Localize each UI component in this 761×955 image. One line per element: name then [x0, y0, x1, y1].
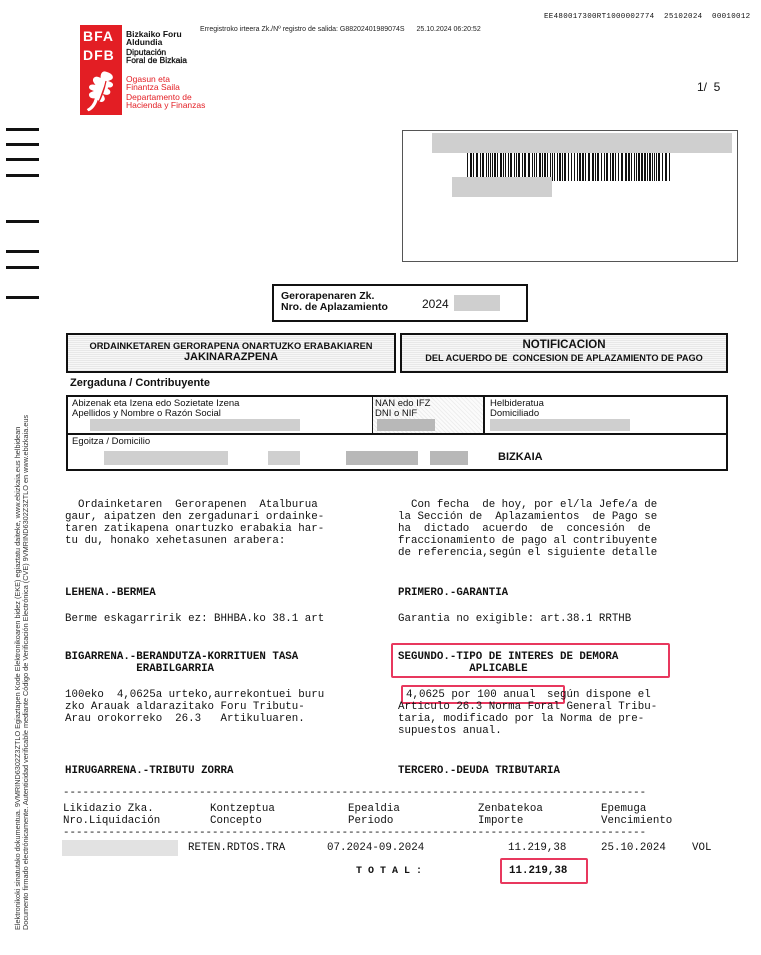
page-indicator: 1/ 5 — [697, 80, 720, 94]
table-divider: ----------------------------------------… — [63, 787, 717, 799]
reference-code: EE480017300RT1000002774 25102024 0001001… — [544, 13, 750, 21]
redacted-address-line — [432, 133, 732, 153]
logo-abbr-eu: BFA — [83, 28, 114, 44]
table-divider: ----------------------------------------… — [63, 827, 717, 839]
dept-name-es: Departamento deHacienda y Finanzas — [126, 93, 205, 109]
total-label: T O T A L : — [356, 866, 422, 877]
taxpayer-table: Abizenak eta Izena edo Sozietate IzenaAp… — [66, 395, 728, 471]
logo-abbr-es: DFB — [83, 47, 115, 63]
omr-mark — [6, 250, 39, 253]
redacted-account — [490, 419, 630, 431]
omr-mark — [6, 158, 39, 161]
dept-name-eu: Ogasun etaFinantza Saila — [126, 75, 180, 91]
org-name-es: DiputaciónForal de Bizkaia — [126, 48, 187, 64]
omr-mark — [6, 266, 39, 269]
redacted-address-line — [452, 177, 552, 197]
section-second-body-eu: 100eko 4,0625a urteko,aurrekontuei buru … — [65, 689, 324, 725]
title-box-es: NOTIFICACION DEL ACUERDO DE CONCESION DE… — [400, 333, 728, 373]
intro-eu: Ordainketaren Gerorapenen Atalburua gaur… — [65, 499, 324, 547]
title-box-eu: ORDAINKETAREN GERORAPENA ONARTUZKO ERABA… — [66, 333, 396, 373]
row-type: VOL — [692, 842, 711, 854]
postponement-label: Gerorapenaren Zk.Nro. de Aplazamiento — [281, 291, 388, 313]
col-header-period: EpealdiaPeriodo — [348, 803, 400, 827]
section-second-body-es: 4,0625 por 100 anual según dispone el Ar… — [398, 689, 657, 737]
registry-datetime: 25.10.2024 06:20:52 — [416, 26, 480, 33]
redacted-value — [454, 295, 500, 311]
section-second-title-es: SEGUNDO.-TIPO DE INTERES DE DEMORA APLIC… — [398, 651, 618, 675]
section-third-title-eu: HIRUGARRENA.-TRIBUTU ZORRA — [65, 765, 233, 777]
address-label: Egoitza / Domicilio — [72, 437, 726, 447]
oak-leaf-icon — [84, 69, 118, 113]
col-header-concept: KontzeptuaConcepto — [210, 803, 275, 827]
section-second-title-eu: BIGARRENA.-BERANDUTZA-KORRITUEN TASA ERA… — [65, 651, 298, 675]
section-third-title-es: TERCERO.-DEUDA TRIBUTARIA — [398, 765, 560, 777]
taxpayer-section-title: Zergaduna / Contribuyente — [70, 377, 210, 389]
row-amount: 11.219,38 — [508, 842, 566, 854]
id-label: NAN edo IFZDNI o NIF — [375, 399, 483, 419]
omr-mark — [6, 174, 39, 177]
redacted-number — [268, 451, 300, 465]
address-window — [402, 130, 738, 262]
redacted-liquidation — [62, 840, 178, 856]
redacted-postcode — [346, 451, 418, 465]
redacted-id — [377, 419, 435, 431]
row-period: 07.2024-09.2024 — [327, 842, 424, 854]
address-cell: Egoitza / Domicilio BIZKAIA — [68, 433, 726, 469]
electronic-signature-note: Elektronikoki sinatutako dokumentua. 9VM… — [14, 415, 30, 930]
province: BIZKAIA — [498, 451, 543, 463]
col-header-due: EpemugaVencimiento — [601, 803, 672, 827]
postponement-number-box: Gerorapenaren Zk.Nro. de Aplazamiento 20… — [272, 284, 528, 322]
omr-mark — [6, 143, 39, 146]
col-header-amount: ZenbatekoaImporte — [478, 803, 543, 827]
bfa-dfb-logo: BFA DFB — [80, 25, 122, 115]
registry-line: Erregistroko irteera Zk./Nº registro de … — [200, 26, 481, 33]
registry-label: Erregistroko irteera Zk./Nº registro de … — [200, 26, 338, 33]
table-row: RETEN.RDTOS.TRA 07.2024-09.2024 11.219,3… — [60, 840, 720, 856]
name-cell: Abizenak eta Izena edo Sozietate IzenaAp… — [68, 397, 373, 433]
postponement-number: 2024 — [422, 297, 449, 311]
domiciled-cell: HelbideratuaDomiciliado — [486, 397, 726, 433]
name-label: Abizenak eta Izena edo Sozietate IzenaAp… — [72, 399, 372, 419]
section-first-body-es: Garantia no exigible: art.38.1 RRTHB — [398, 613, 631, 625]
row-concept: RETEN.RDTOS.TRA — [188, 842, 285, 854]
omr-mark — [6, 128, 39, 131]
redacted-street — [104, 451, 228, 465]
section-first-title-es: PRIMERO.-GARANTIA — [398, 587, 508, 599]
registry-number: G88202401989074S — [340, 26, 405, 33]
omr-mark — [6, 220, 39, 223]
id-cell: NAN edo IFZDNI o NIF — [373, 397, 485, 433]
intro-es: Con fecha de hoy, por el/la Jefe/a de la… — [398, 499, 657, 559]
omr-mark — [6, 296, 39, 299]
col-header-liquidation: Likidazio Zka.Nro.Liquidación — [63, 803, 160, 827]
org-name-eu: Bizkaiko ForuAldundia — [126, 30, 182, 46]
domiciled-label: HelbideratuaDomiciliado — [490, 399, 726, 419]
section-first-title-eu: LEHENA.-BERMEA — [65, 587, 156, 599]
row-due: 25.10.2024 — [601, 842, 666, 854]
redacted-name — [90, 419, 300, 431]
section-first-body-eu: Berme eskagarririk ez: BHHBA.ko 38.1 art — [65, 613, 324, 625]
redacted-city — [430, 451, 468, 465]
total-value: 11.219,38 — [509, 865, 567, 877]
